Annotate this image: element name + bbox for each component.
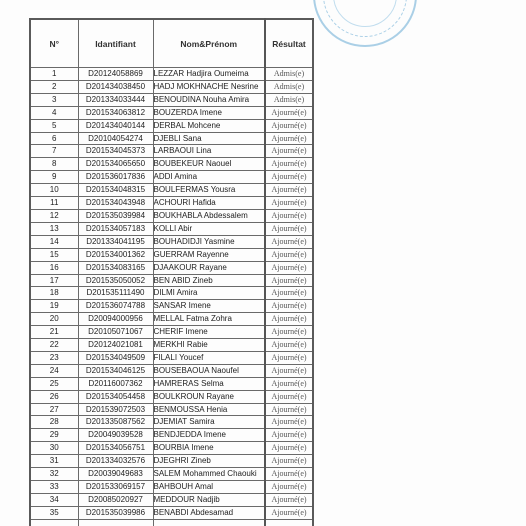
table-row: 11D201534043948ACHOURI HafidaAjourné(e) [30, 197, 313, 210]
row-result: Ajourné(e) [265, 132, 313, 145]
row-result: Ajourné(e) [265, 235, 313, 248]
row-name: BOUBEKEUR Naouel [153, 158, 265, 171]
row-result: Ajourné(e) [265, 184, 313, 197]
row-result: Ajourné(e) [265, 429, 313, 442]
row-identifier: D20094000956 [78, 313, 153, 326]
row-number: 16 [30, 261, 78, 274]
row-number: 3 [30, 93, 78, 106]
row-identifier: D20104054274 [78, 132, 153, 145]
row-result: Admis(e) [265, 68, 313, 81]
row-number: 11 [30, 197, 78, 210]
row-number: 25 [30, 377, 78, 390]
header-identifier: Idantifiant [78, 19, 153, 68]
row-identifier: D201534056751 [78, 442, 153, 455]
row-number: 24 [30, 364, 78, 377]
row-name: MELLAL Fatma Zohra [153, 313, 265, 326]
row-name: BOURBIA Imene [153, 442, 265, 455]
row-name: ADDI Amina [153, 171, 265, 184]
row-result: Ajourné(e) [265, 390, 313, 403]
table-row: 13D201534057183KOLLI AbirAjourné(e) [30, 222, 313, 235]
table-row: 12D201535039984BOUKHABLA AbdessalemAjour… [30, 209, 313, 222]
row-number: 22 [30, 339, 78, 352]
row-result: Ajourné(e) [265, 287, 313, 300]
table-row: 19D201536074788SANSAR ImeneAjourné(e) [30, 300, 313, 313]
table-row: 34D20085020927MEDDOUR NadjibAjourné(e) [30, 493, 313, 506]
row-result: Ajourné(e) [265, 300, 313, 313]
row-result: Ajourné(e) [265, 403, 313, 416]
row-identifier: D201534083165 [78, 261, 153, 274]
row-name: CHERIF Imene [153, 326, 265, 339]
row-number: 32 [30, 468, 78, 481]
row-name [153, 519, 265, 526]
row-result [265, 519, 313, 526]
table-row: 10D201534048315BOULFERMAS YousraAjourné(… [30, 184, 313, 197]
table-row: 33D201533069157BAHBOUH AmalAjourné(e) [30, 481, 313, 494]
row-name: BENMOUSSA Henia [153, 403, 265, 416]
row-identifier: D201434038450 [78, 80, 153, 93]
row-identifier: D201535050052 [78, 274, 153, 287]
row-name: BENOUDINA Nouha Amira [153, 93, 265, 106]
row-name: MERKHI Rabie [153, 339, 265, 352]
row-number: 1 [30, 68, 78, 81]
row-identifier: D201534001362 [78, 248, 153, 261]
row-result: Ajourné(e) [265, 364, 313, 377]
row-number: 6 [30, 132, 78, 145]
row-result: Ajourné(e) [265, 339, 313, 352]
row-identifier: D201535039984 [78, 209, 153, 222]
row-result: Ajourné(e) [265, 493, 313, 506]
row-name: ACHOURI Hafida [153, 197, 265, 210]
row-name: DILMI Amira [153, 287, 265, 300]
row-number: 14 [30, 235, 78, 248]
row-identifier: D20049039528 [78, 429, 153, 442]
row-number: 4 [30, 106, 78, 119]
row-result: Ajourné(e) [265, 106, 313, 119]
row-identifier: D201334033444 [78, 93, 153, 106]
row-number: 30 [30, 442, 78, 455]
row-result: Admis(e) [265, 93, 313, 106]
table-row: 4D201534063812BOUZERDA ImeneAjourné(e) [30, 106, 313, 119]
row-identifier: D201434040144 [78, 119, 153, 132]
row-identifier: D20124021081 [78, 339, 153, 352]
row-name: BENDJEDDA Imene [153, 429, 265, 442]
row-number: 17 [30, 274, 78, 287]
table-row: 31D201334032576DJEGHRI ZinebAjourné(e) [30, 455, 313, 468]
table-header-row: N° Idantifiant Nom&Prénom Résultat [30, 19, 313, 68]
row-name: DJEMIAT Samira [153, 416, 265, 429]
row-identifier: D201536017836 [78, 171, 153, 184]
row-identifier: D20116007362 [78, 377, 153, 390]
table-row: 3D201334033444BENOUDINA Nouha AmiraAdmis… [30, 93, 313, 106]
row-identifier: D201334032576 [78, 455, 153, 468]
row-result: Ajourné(e) [265, 455, 313, 468]
header-result: Résultat [265, 19, 313, 68]
row-result: Ajourné(e) [265, 222, 313, 235]
row-number [30, 519, 78, 526]
row-number: 31 [30, 455, 78, 468]
row-number: 21 [30, 326, 78, 339]
row-identifier: D201535111490 [78, 287, 153, 300]
row-result: Ajourné(e) [265, 209, 313, 222]
row-result: Ajourné(e) [265, 377, 313, 390]
row-name: BOULFERMAS Yousra [153, 184, 265, 197]
table-row: 25D20116007362HAMRERAS SelmaAjourné(e) [30, 377, 313, 390]
row-number: 26 [30, 390, 78, 403]
row-name: DERBAL Mohcene [153, 119, 265, 132]
row-name: KOLLI Abir [153, 222, 265, 235]
row-number: 10 [30, 184, 78, 197]
row-identifier: D201535039986 [78, 506, 153, 519]
row-name: BOUZERDA Imene [153, 106, 265, 119]
table-row: 20D20094000956MELLAL Fatma ZohraAjourné(… [30, 313, 313, 326]
row-identifier: D201534046125 [78, 364, 153, 377]
row-number: 12 [30, 209, 78, 222]
row-identifier: D20105071067 [78, 326, 153, 339]
row-identifier: D201534063812 [78, 106, 153, 119]
row-name: DJEBLI Sana [153, 132, 265, 145]
row-identifier: D201539072503 [78, 403, 153, 416]
table-row: 30D201534056751BOURBIA ImeneAjourné(e) [30, 442, 313, 455]
row-identifier: D20124058869 [78, 68, 153, 81]
row-result: Ajourné(e) [265, 416, 313, 429]
header-name: Nom&Prénom [153, 19, 265, 68]
row-name: BOUSEBAOUA Naoufel [153, 364, 265, 377]
row-result: Ajourné(e) [265, 313, 313, 326]
row-number: 33 [30, 481, 78, 494]
table-row: 26D201534054458BOULKROUN RayaneAjourné(e… [30, 390, 313, 403]
row-name: BAHBOUH Amal [153, 481, 265, 494]
row-name: LARBAOUI Lina [153, 145, 265, 158]
row-name: SALEM Mohammed Chaouki [153, 468, 265, 481]
row-name: BEN ABID Zineb [153, 274, 265, 287]
row-name: SANSAR Imene [153, 300, 265, 313]
row-name: MEDDOUR Nadjib [153, 493, 265, 506]
table-row: 9D201536017836ADDI AminaAjourné(e) [30, 171, 313, 184]
table-row: 6D20104054274DJEBLI SanaAjourné(e) [30, 132, 313, 145]
table-row: 18D201535111490DILMI AmiraAjourné(e) [30, 287, 313, 300]
row-result: Ajourné(e) [265, 197, 313, 210]
table-row: 24D201534046125BOUSEBAOUA NaoufelAjourné… [30, 364, 313, 377]
official-stamp-icon [313, 0, 417, 47]
row-result: Ajourné(e) [265, 171, 313, 184]
row-number: 18 [30, 287, 78, 300]
table-row: 16D201534083165DJAAKOUR RayaneAjourné(e) [30, 261, 313, 274]
row-number: 7 [30, 145, 78, 158]
row-result: Ajourné(e) [265, 158, 313, 171]
row-name: FILALI Youcef [153, 351, 265, 364]
row-result: Ajourné(e) [265, 468, 313, 481]
row-identifier: D20039049683 [78, 468, 153, 481]
row-number: 2 [30, 80, 78, 93]
row-name: DJEGHRI Zineb [153, 455, 265, 468]
row-result: Admis(e) [265, 80, 313, 93]
row-name: GUERRAM Rayenne [153, 248, 265, 261]
row-name: DJAAKOUR Rayane [153, 261, 265, 274]
table-row: 21D20105071067CHERIF ImeneAjourné(e) [30, 326, 313, 339]
row-name: BOULKROUN Rayane [153, 390, 265, 403]
document-page: N° Idantifiant Nom&Prénom Résultat 1D201… [0, 0, 526, 526]
row-identifier: D201533069157 [78, 481, 153, 494]
row-identifier: D20085020927 [78, 493, 153, 506]
row-number: 34 [30, 493, 78, 506]
table-row: 7D201534045373LARBAOUI LinaAjourné(e) [30, 145, 313, 158]
row-name: BENABDI Abdesamad [153, 506, 265, 519]
row-identifier: D201534049509 [78, 351, 153, 364]
row-number: 5 [30, 119, 78, 132]
row-name: HAMRERAS Selma [153, 377, 265, 390]
row-result: Ajourné(e) [265, 506, 313, 519]
row-identifier: D201534065650 [78, 158, 153, 171]
row-number: 19 [30, 300, 78, 313]
row-number: 8 [30, 158, 78, 171]
row-number: 15 [30, 248, 78, 261]
row-number: 28 [30, 416, 78, 429]
row-result: Ajourné(e) [265, 442, 313, 455]
table-row: 35D201535039986BENABDI AbdesamadAjourné(… [30, 506, 313, 519]
row-identifier: D201334041195 [78, 235, 153, 248]
table-row: 17D201535050052BEN ABID ZinebAjourné(e) [30, 274, 313, 287]
row-number: 9 [30, 171, 78, 184]
row-identifier [78, 519, 153, 526]
table-row: 5D201434040144DERBAL MohceneAjourné(e) [30, 119, 313, 132]
row-number: 23 [30, 351, 78, 364]
row-number: 13 [30, 222, 78, 235]
table-row: 27D201539072503BENMOUSSA HeniaAjourné(e) [30, 403, 313, 416]
table-body: 1D20124058869LEZZAR Hadjira OumeimaAdmis… [30, 68, 313, 526]
table-row: 15D201534001362GUERRAM RayenneAjourné(e) [30, 248, 313, 261]
table-row [30, 519, 313, 526]
table-row: 28D201335087562DJEMIAT SamiraAjourné(e) [30, 416, 313, 429]
row-identifier: D201536074788 [78, 300, 153, 313]
row-result: Ajourné(e) [265, 274, 313, 287]
row-result: Ajourné(e) [265, 261, 313, 274]
row-identifier: D201534045373 [78, 145, 153, 158]
row-result: Ajourné(e) [265, 119, 313, 132]
row-identifier: D201534057183 [78, 222, 153, 235]
row-number: 20 [30, 313, 78, 326]
row-identifier: D201534054458 [78, 390, 153, 403]
table-row: 23D201534049509FILALI YoucefAjourné(e) [30, 351, 313, 364]
table-row: 8D201534065650BOUBEKEUR NaouelAjourné(e) [30, 158, 313, 171]
row-number: 29 [30, 429, 78, 442]
table-row: 1D20124058869LEZZAR Hadjira OumeimaAdmis… [30, 68, 313, 81]
row-identifier: D201534048315 [78, 184, 153, 197]
table-row: 29D20049039528BENDJEDDA ImeneAjourné(e) [30, 429, 313, 442]
row-result: Ajourné(e) [265, 481, 313, 494]
results-table: N° Idantifiant Nom&Prénom Résultat 1D201… [29, 18, 314, 526]
table-row: 14D201334041195BOUHADIDJI YasmineAjourné… [30, 235, 313, 248]
header-number: N° [30, 19, 78, 68]
row-name: LEZZAR Hadjira Oumeima [153, 68, 265, 81]
row-number: 27 [30, 403, 78, 416]
table-row: 22D20124021081MERKHI RabieAjourné(e) [30, 339, 313, 352]
row-result: Ajourné(e) [265, 326, 313, 339]
table-row: 2D201434038450HADJ MOKHNACHE NesrineAdmi… [30, 80, 313, 93]
row-name: BOUKHABLA Abdessalem [153, 209, 265, 222]
row-identifier: D201335087562 [78, 416, 153, 429]
row-result: Ajourné(e) [265, 351, 313, 364]
row-result: Ajourné(e) [265, 248, 313, 261]
row-identifier: D201534043948 [78, 197, 153, 210]
table-row: 32D20039049683SALEM Mohammed ChaoukiAjou… [30, 468, 313, 481]
row-name: BOUHADIDJI Yasmine [153, 235, 265, 248]
row-name: HADJ MOKHNACHE Nesrine [153, 80, 265, 93]
row-result: Ajourné(e) [265, 145, 313, 158]
row-number: 35 [30, 506, 78, 519]
